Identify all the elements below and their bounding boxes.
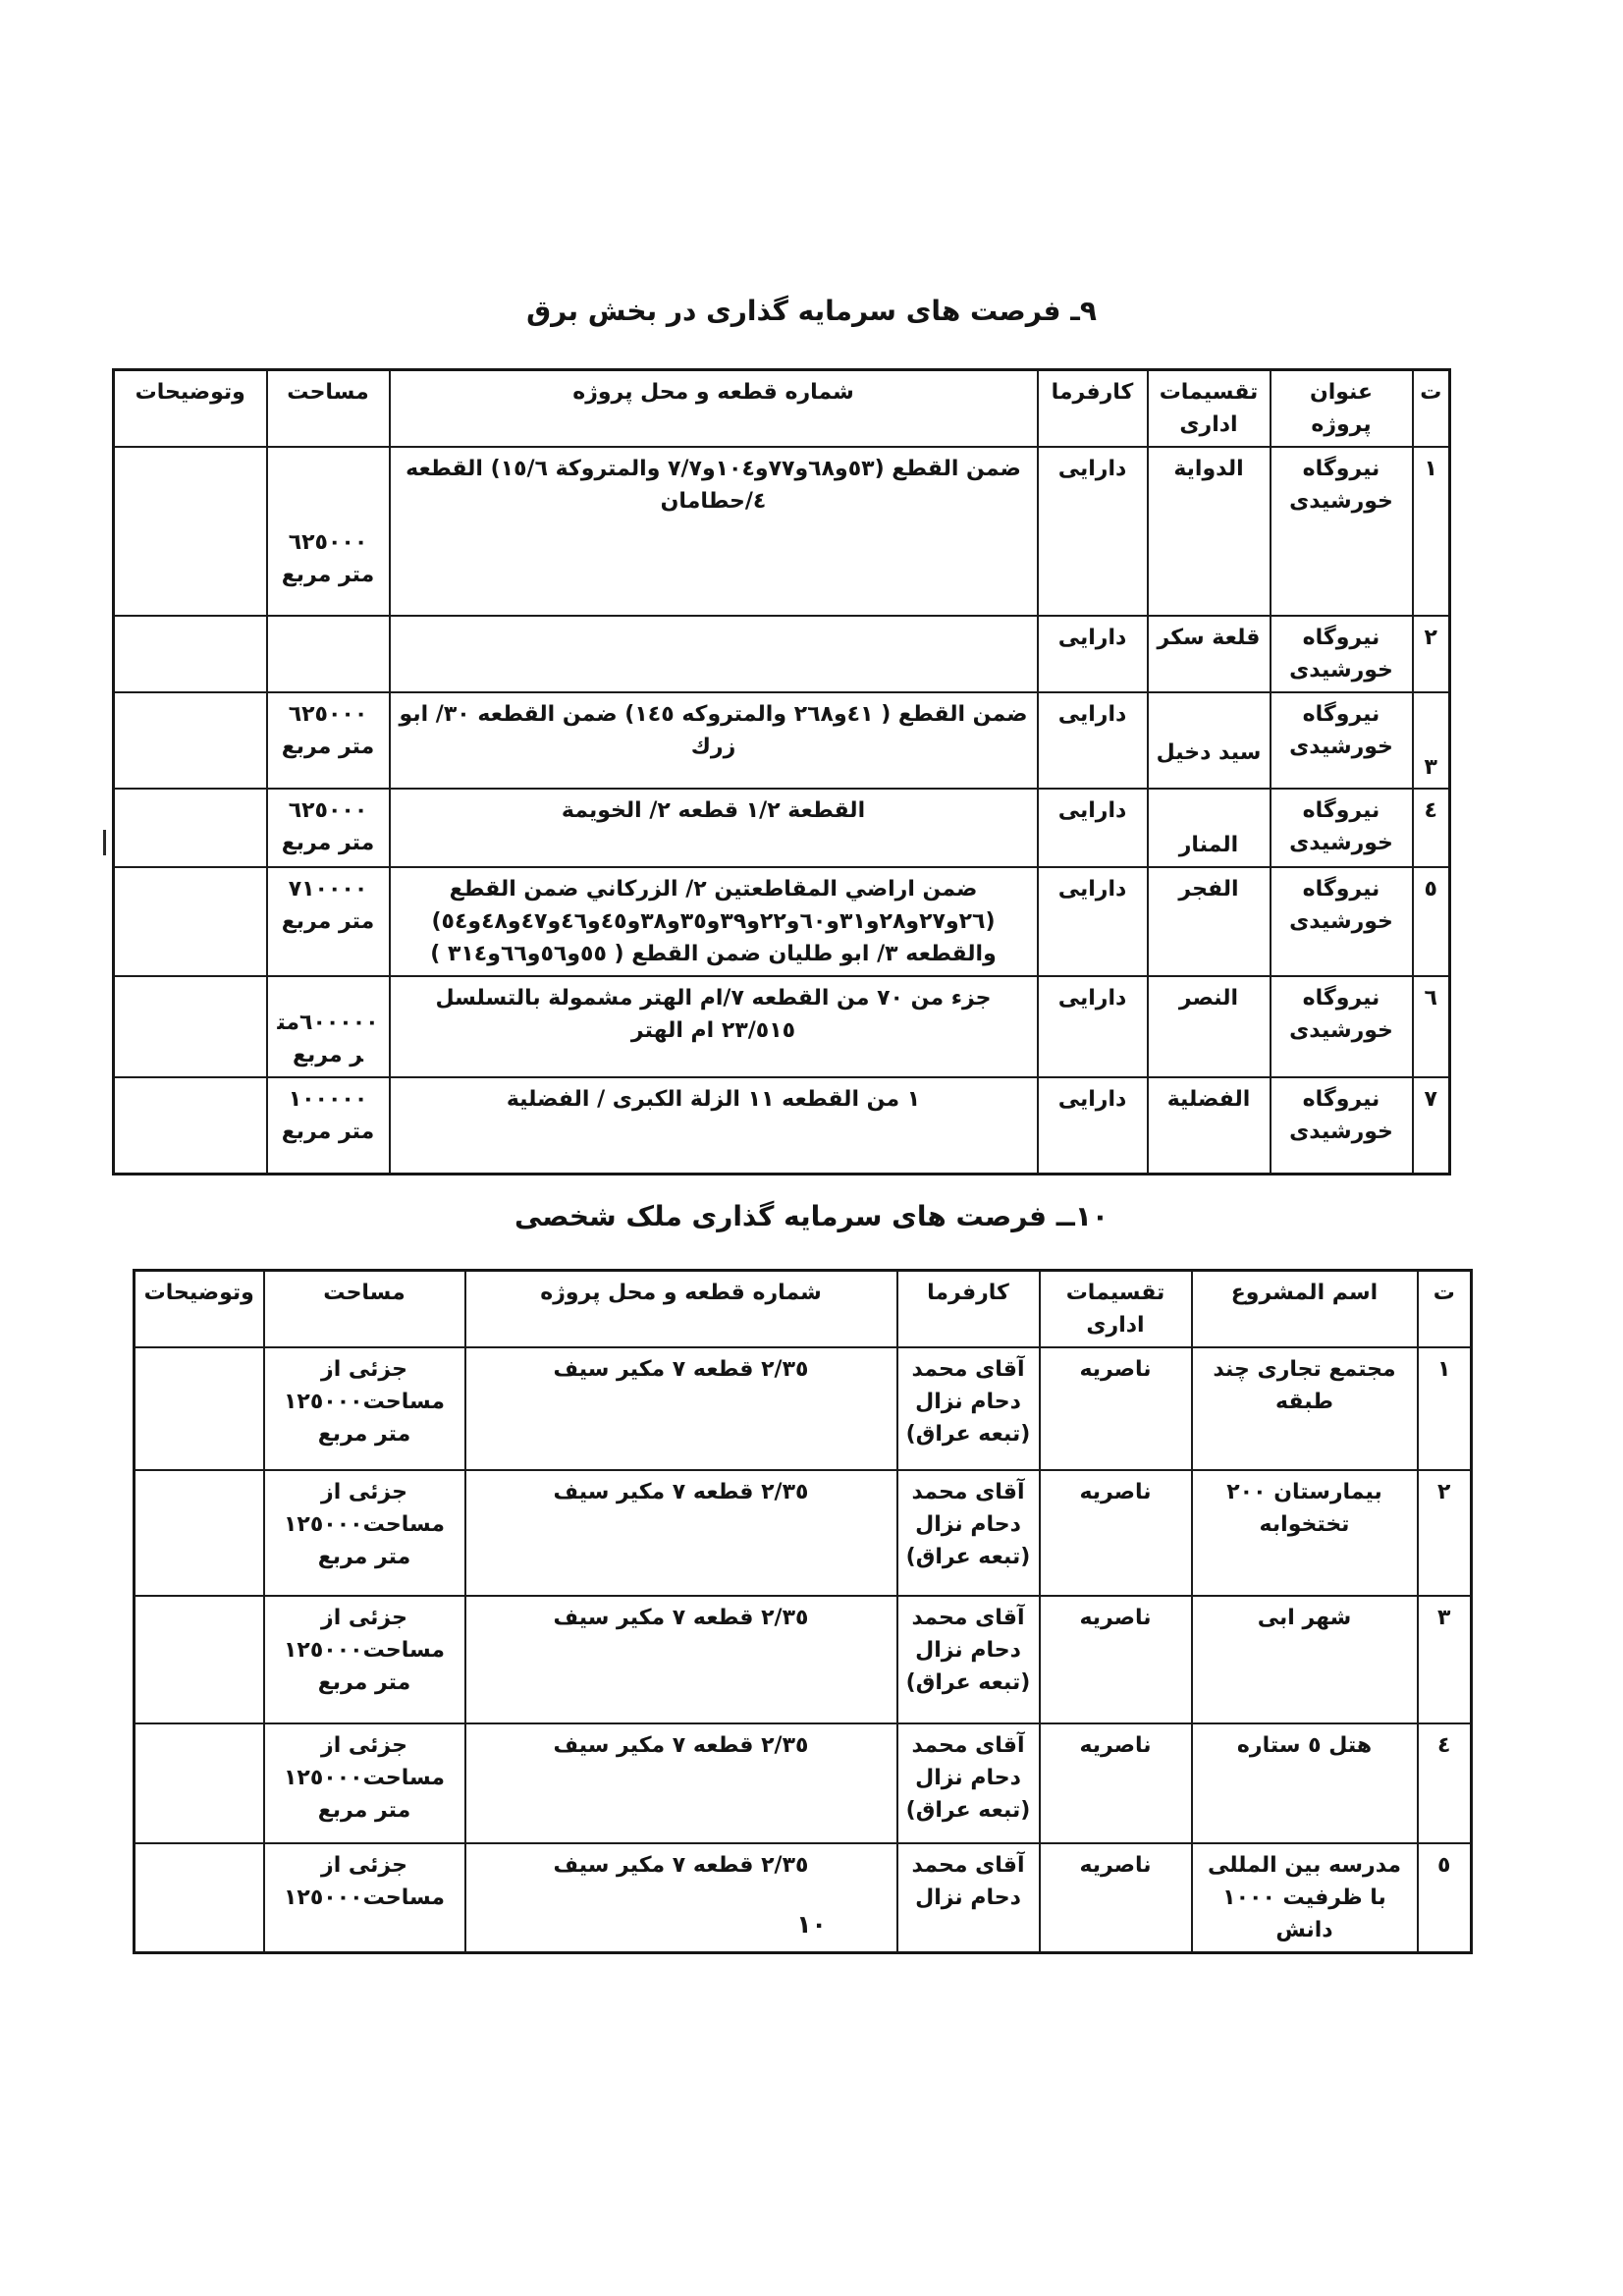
scan-artifact [103, 830, 106, 855]
table-cell: آقای محمد دحام نزال (تبعه عراق) [897, 1470, 1040, 1596]
table-cell: ٧ [1413, 1077, 1450, 1174]
column-header: تقسیمات اداری [1040, 1271, 1192, 1348]
column-header: وتوضیحات [114, 370, 267, 448]
table-row: ١مجتمع تجاری چند طبقهناصریهآقای محمد دحا… [135, 1347, 1472, 1470]
table-cell: نیروگاه خورشیدی [1271, 867, 1413, 976]
table-cell [114, 692, 267, 789]
table-cell: نیروگاه خورشیدی [1271, 976, 1413, 1077]
table-cell: الفجر [1148, 867, 1271, 976]
table-cell: ١ [1418, 1347, 1472, 1470]
table-cell: ٦٢٥٠٠٠ متر مربع [267, 447, 390, 616]
column-header: شماره قطعه و محل پروژه [390, 370, 1038, 448]
table-cell [114, 976, 267, 1077]
table-cell: ٢/٣٥ قطعه ٧ مکیر سیف [465, 1470, 897, 1596]
table-cell [135, 1347, 264, 1470]
table-cell: دارایی [1038, 867, 1148, 976]
table-cell: القطعة ١/٢ قطعه ٢/ الخویمة [390, 789, 1038, 867]
column-header: اسم المشروع [1192, 1271, 1418, 1348]
table-cell [135, 1723, 264, 1843]
table-cell [114, 616, 267, 692]
table-cell: دارایی [1038, 447, 1148, 616]
power-investment-table: تعنوان پروژهتقسیمات اداریکارفرماشماره قط… [112, 368, 1451, 1175]
table-cell: ناصریه [1040, 1470, 1192, 1596]
column-header: ت [1418, 1271, 1472, 1348]
private-property-investment-table: تاسم المشروعتقسیمات اداریکارفرماشماره قط… [133, 1269, 1473, 1954]
table-cell: آقای محمد دحام نزال (تبعه عراق) [897, 1347, 1040, 1470]
table-row: ٦نیروگاه خورشیدیالنصرداراییجزء من ٧٠ من … [114, 976, 1450, 1077]
table-row: ٢نیروگاه خورشیدیقلعة سكردارایی [114, 616, 1450, 692]
table-cell: الفضلیة [1148, 1077, 1271, 1174]
column-header: ت [1413, 370, 1450, 448]
table-cell [114, 867, 267, 976]
table-cell: ٢/٣٥ قطعه ٧ مکیر سیف [465, 1347, 897, 1470]
table-row: ٥نیروگاه خورشیدیالفجرداراییضمن اراضي الم… [114, 867, 1450, 976]
table-cell: ٢ [1418, 1470, 1472, 1596]
table-row: ٢بیمارستان ٢٠٠ تختخوابهناصریهآقای محمد د… [135, 1470, 1472, 1596]
table-cell: جزئی از مساحت١٢٥٠٠٠ متر مربع [264, 1723, 465, 1843]
table-cell: ٣ [1418, 1596, 1472, 1723]
table-cell: ضمن اراضي المقاطعتین ٢/ الزركاني ضمن الق… [390, 867, 1038, 976]
table-cell: ٥ [1413, 867, 1450, 976]
table-cell: ضمن القطع ( ٤١و٢٦٨ والمتروكه ١٤٥) ضمن ال… [390, 692, 1038, 789]
table-cell: ٢ [1413, 616, 1450, 692]
table-cell: ٣ [1413, 692, 1450, 789]
table-cell: نیروگاه خورشیدی [1271, 447, 1413, 616]
table-cell: نیروگاه خورشیدی [1271, 692, 1413, 789]
table-cell: ٤ [1418, 1723, 1472, 1843]
table-row: ٣شهر ابیناصریهآقای محمد دحام نزال (تبعه … [135, 1596, 1472, 1723]
table-cell: شهر ابی [1192, 1596, 1418, 1723]
table-cell: دارایی [1038, 692, 1148, 789]
column-header: مساحت [267, 370, 390, 448]
table-cell [135, 1596, 264, 1723]
table-cell: نیروگاه خورشیدی [1271, 616, 1413, 692]
header-row: تاسم المشروعتقسیمات اداریکارفرماشماره قط… [135, 1271, 1472, 1348]
table-row: ٤نیروگاه خورشیدیالمنارداراییالقطعة ١/٢ ق… [114, 789, 1450, 867]
column-header: عنوان پروژه [1271, 370, 1413, 448]
table-cell: جزئی از مساحت١٢٥٠٠٠ متر مربع [264, 1596, 465, 1723]
table-cell [114, 1077, 267, 1174]
column-header: وتوضیحات [135, 1271, 264, 1348]
table-cell: ٦ [1413, 976, 1450, 1077]
table-cell [390, 616, 1038, 692]
table-cell: دارایی [1038, 976, 1148, 1077]
table-cell: بیمارستان ٢٠٠ تختخوابه [1192, 1470, 1418, 1596]
table-row: ٤هتل ٥ ستارهناصریهآقای محمد دحام نزال (ت… [135, 1723, 1472, 1843]
column-header: تقسیمات اداری [1148, 370, 1271, 448]
table-cell [135, 1470, 264, 1596]
table-cell: الدوایة [1148, 447, 1271, 616]
table-cell: دارایی [1038, 1077, 1148, 1174]
table-row: ٧نیروگاه خورشیدیالفضلیةدارایی١ من القطعه… [114, 1077, 1450, 1174]
table-cell [114, 789, 267, 867]
table-cell: ٦٢٥٠٠٠ متر مربع [267, 692, 390, 789]
table-cell: جزئی از مساحت١٢٥٠٠٠ متر مربع [264, 1470, 465, 1596]
table-cell: ناصریه [1040, 1723, 1192, 1843]
table-cell: آقای محمد دحام نزال (تبعه عراق) [897, 1596, 1040, 1723]
table-cell: ٢/٣٥ قطعه ٧ مکیر سیف [465, 1596, 897, 1723]
table-cell: جزء من ٧٠ من القطعه ٧/ام الهتر مشمولة با… [390, 976, 1038, 1077]
table-cell: مجتمع تجاری چند طبقه [1192, 1347, 1418, 1470]
table-cell: ١٠٠٠٠٠ متر مربع [267, 1077, 390, 1174]
table-cell: ٧١٠٠٠٠ متر مربع [267, 867, 390, 976]
column-header: کارفرما [897, 1271, 1040, 1348]
column-header: کارفرما [1038, 370, 1148, 448]
table-cell: ١ [1413, 447, 1450, 616]
document-page: ٩ـ فرصت های سرمایه گذاری در بخش برق تعنو… [0, 0, 1623, 2296]
table-cell: هتل ٥ ستاره [1192, 1723, 1418, 1843]
table-cell: ضمن القطع (٥٣و٦٨و٧٧و١٠٤و٧/٧ والمتروكة ١٥… [390, 447, 1038, 616]
header-row: تعنوان پروژهتقسیمات اداریکارفرماشماره قط… [114, 370, 1450, 448]
table-cell: ٤ [1413, 789, 1450, 867]
table-cell: نیروگاه خورشیدی [1271, 789, 1413, 867]
table-cell: دارایی [1038, 789, 1148, 867]
table-cell: قلعة سكر [1148, 616, 1271, 692]
table-cell: نیروگاه خورشیدی [1271, 1077, 1413, 1174]
table-cell: ٢/٣٥ قطعه ٧ مکیر سیف [465, 1723, 897, 1843]
table-row: ٣نیروگاه خورشیدیسید دخیلداراییضمن القطع … [114, 692, 1450, 789]
section-title-power-investments: ٩ـ فرصت های سرمایه گذاری در بخش برق [0, 295, 1623, 327]
table-cell [267, 616, 390, 692]
table-cell: النصر [1148, 976, 1271, 1077]
table-row: ١نیروگاه خورشیدیالدوایةداراییضمن القطع (… [114, 447, 1450, 616]
table-cell: ١ من القطعه ١١ الزلة الكبرى / الفضلیة [390, 1077, 1038, 1174]
column-header: مساحت [264, 1271, 465, 1348]
table-cell: المنار [1148, 789, 1271, 867]
table-cell: ناصریه [1040, 1596, 1192, 1723]
table-cell [114, 447, 267, 616]
page-number: ١٠ [0, 1910, 1623, 1939]
table-cell: دارایی [1038, 616, 1148, 692]
table-cell: ٦٢٥٠٠٠ متر مربع [267, 789, 390, 867]
column-header: شماره قطعه و محل پروژه [465, 1271, 897, 1348]
section-title-private-property-investments: ١٠ــ فرصت های سرمایه گذاری ملک شخصی [0, 1200, 1623, 1232]
table-cell: سید دخیل [1148, 692, 1271, 789]
table-cell: جزئی از مساحت١٢٥٠٠٠ متر مربع [264, 1347, 465, 1470]
table-cell: ٦٠٠٠٠٠متر مربع [267, 976, 390, 1077]
table-cell: ناصریه [1040, 1347, 1192, 1470]
table-cell: آقای محمد دحام نزال (تبعه عراق) [897, 1723, 1040, 1843]
